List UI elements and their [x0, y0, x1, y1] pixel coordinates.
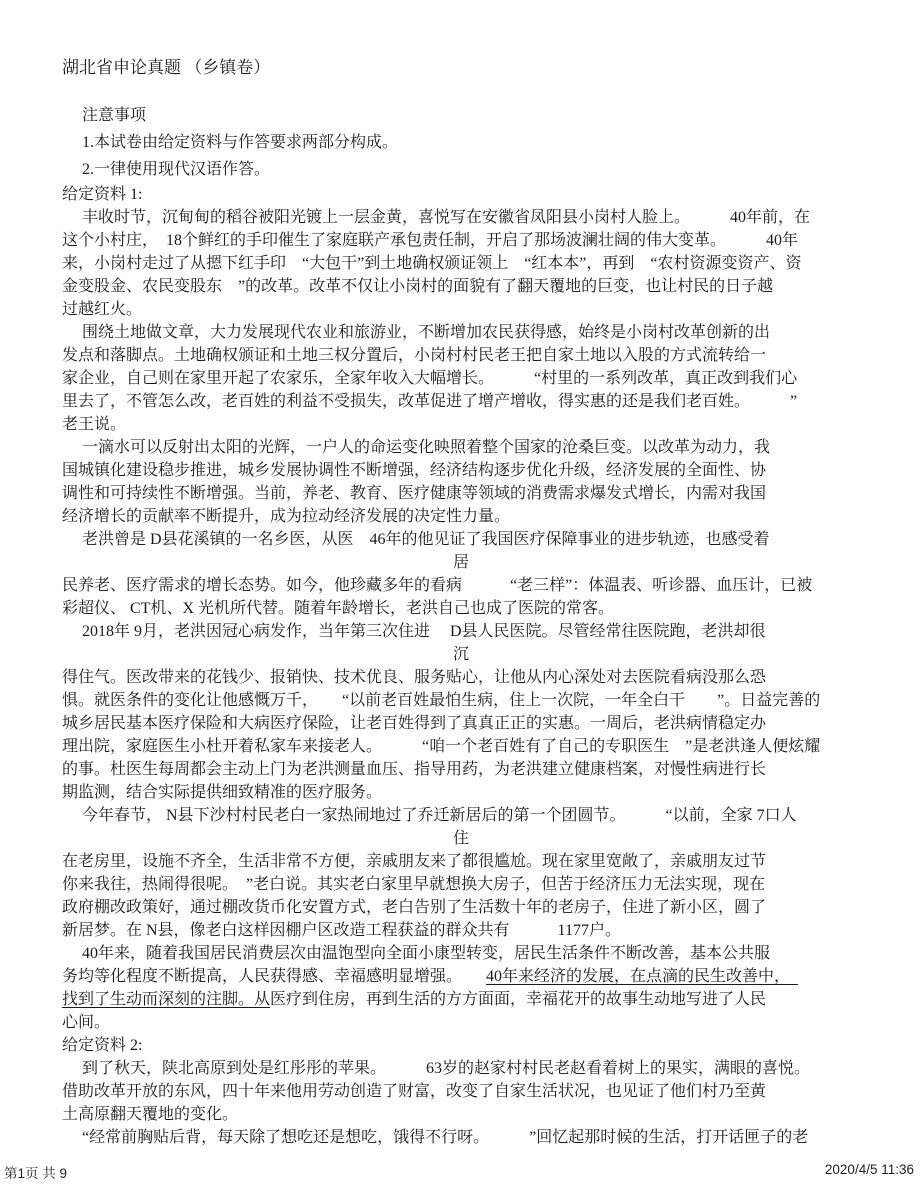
text-line: 找到了生动而深刻的注脚。从医疗到住房，再到生活的方方面面，幸福花开的故事生动地写… [62, 988, 860, 1011]
text-line: 到了秋天，陕北高原到处是红彤彤的苹果。 63岁的赵家村村民老赵看着树上的果实，满… [62, 1057, 860, 1080]
footer-datetime: 2020/4/5 11:36 [825, 1162, 914, 1182]
document-title: 湖北省申论真题 （乡镇卷） [62, 56, 860, 80]
text-line: 住 [62, 827, 860, 850]
text-line: 在老房里，设施不齐全，生活非常不方便，亲戚朋友来了都很尴尬。现在家里宽敞了，亲戚… [62, 850, 860, 873]
text-line: 新居梦。在 N县，像老白这样因棚户区改造工程获益的群众共有 1177户。 [62, 919, 860, 942]
text-line: “经常前胸贴后背，每天除了想吃还是想吃，饿得不行呀。 ”回忆起那时候的生活，打开… [62, 1126, 860, 1149]
text-line: 丰收时节，沉甸甸的稻谷被阳光镀上一层金黄，喜悦写在安徽省凤阳县小岗村人脸上。 4… [62, 206, 860, 229]
text-line: 今年春节， N县下沙村村民老白一家热闹地过了乔迁新居后的第一个团圆节。 “以前，… [62, 804, 860, 827]
text-line: 政府棚改政策好，通过棚改货币化安置方式，老白告别了生活数十年的老房子，住进了新小… [62, 896, 860, 919]
text-line: 务均等化程度不断提高，人民获得感、幸福感明显增强。 40年来经济的发展，在点滴的… [62, 965, 860, 988]
page-number: 第1页 共 9 [4, 1162, 67, 1182]
text-line: 你来我往，热闹得很呢。 ”老白说。其实老白家里早就想换大房子，但苦于经济压力无法… [62, 873, 860, 896]
text-line: 发点和落脚点。土地确权颁证和土地三权分置后，小岗村村民老王把自家土地以入股的方式… [62, 344, 860, 367]
text-line: 来，小岗村走过了从摁下红手印 “大包干”到土地确权颁证领上 “红本本”，再到 “… [62, 252, 860, 275]
text-line: 给定资料 2: [62, 1034, 860, 1057]
text-line: 理出院，家庭医生小杜开着私家车来接老人。 “咱一个老百姓有了自己的专职医生 ”是… [62, 735, 860, 758]
text-line: 彩超仪、 CT机、X 光机所代替。随着年龄增长，老洪自己也成了医院的常客。 [62, 597, 860, 620]
text-line: 居 [62, 551, 860, 574]
text-line: 2.一律使用现代汉语作答。 [62, 156, 860, 183]
text-line: 1.本试卷由给定资料与作答要求两部分构成。 [62, 129, 860, 156]
text-line: 里去了，不管怎么改，老百姓的利益不受损失，改革促进了增产增收，得实惠的还是我们老… [62, 390, 860, 413]
text-line: 2018年 9月，老洪因冠心病发作，当年第三次住进 D县人民医院。尽管经常往医院… [62, 620, 860, 643]
text-line: 惧。就医条件的变化让他感慨万千， “以前老百姓最怕生病，住上一次院，一年全白干 … [62, 689, 860, 712]
text-line: 心间。 [62, 1011, 860, 1034]
text-line: 老王说。 [62, 413, 860, 436]
text-line: 土高原翻天覆地的变化。 [62, 1103, 860, 1126]
document-page: 湖北省申论真题 （乡镇卷） 注意事项1.本试卷由给定资料与作答要求两部分构成。2… [0, 0, 920, 1192]
text-line: 老洪曾是 D县花溪镇的一名乡医，从医 46年的他见证了我国医疗保障事业的进步轨迹… [62, 528, 860, 551]
text-line: 借助改革开放的东风，四十年来他用劳动创造了财富，改变了自家生活状况，也见证了他们… [62, 1080, 860, 1103]
document-lines: 注意事项1.本试卷由给定资料与作答要求两部分构成。2.一律使用现代汉语作答。给定… [62, 102, 860, 1149]
text-line: 这个小村庄， 18个鲜红的手印催生了家庭联产承包责任制，开启了那场波澜壮阔的伟大… [62, 229, 860, 252]
document-content: 湖北省申论真题 （乡镇卷） 注意事项1.本试卷由给定资料与作答要求两部分构成。2… [0, 0, 920, 1149]
text-line: 40年来，随着我国居民消费层次由温饱型向全面小康型转变，居民生活条件不断改善，基… [62, 942, 860, 965]
text-line: 国城镇化建设稳步推进，城乡发展协调性不断增强，经济结构逐步优化升级，经济发展的全… [62, 459, 860, 482]
text-line: 过越红火。 [62, 298, 860, 321]
text-line: 给定资料 1: [62, 183, 860, 206]
text-line: 得住气。医改带来的花钱少、报销快、技术优良、服务贴心，让他从内心深处对去医院看病… [62, 666, 860, 689]
text-line: 的事。杜医生每周都会主动上门为老洪测量血压、指导用药，为老洪建立健康档案，对慢性… [62, 758, 860, 781]
text-line: 家企业，自己则在家里开起了农家乐，全家年收入大幅增长。 “村里的一系列改革，真正… [62, 367, 860, 390]
text-line: 经济增长的贡献率不断提升，成为拉动经济发展的决定性力量。 [62, 505, 860, 528]
text-line: 围绕土地做文章，大力发展现代农业和旅游业，不断增加农民获得感，始终是小岗村改革创… [62, 321, 860, 344]
text-line: 民养老、医疗需求的增长态势。如今，他珍藏多年的看病 “老三样”：体温表、听诊器、… [62, 574, 860, 597]
text-line: 一滴水可以反射出太阳的光辉，一户人的命运变化映照着整个国家的沧桑巨变。以改革为动… [62, 436, 860, 459]
text-line: 注意事项 [62, 102, 860, 129]
text-line: 金变股金、农民变股东 ”的改革。改革不仅让小岗村的面貌有了翻天覆地的巨变，也让村… [62, 275, 860, 298]
page-footer: 第1页 共 9 2020/4/5 11:36 [4, 1162, 914, 1182]
text-line: 期监测，结合实际提供细致精准的医疗服务。 [62, 781, 860, 804]
text-line: 城乡居民基本医疗保险和大病医疗保险，让老百姓得到了真真正正的实惠。一周后，老洪病… [62, 712, 860, 735]
text-line: 调性和可持续性不断增强。当前，养老、教育、医疗健康等领域的消费需求爆发式增长，内… [62, 482, 860, 505]
text-line: 沉 [62, 643, 860, 666]
